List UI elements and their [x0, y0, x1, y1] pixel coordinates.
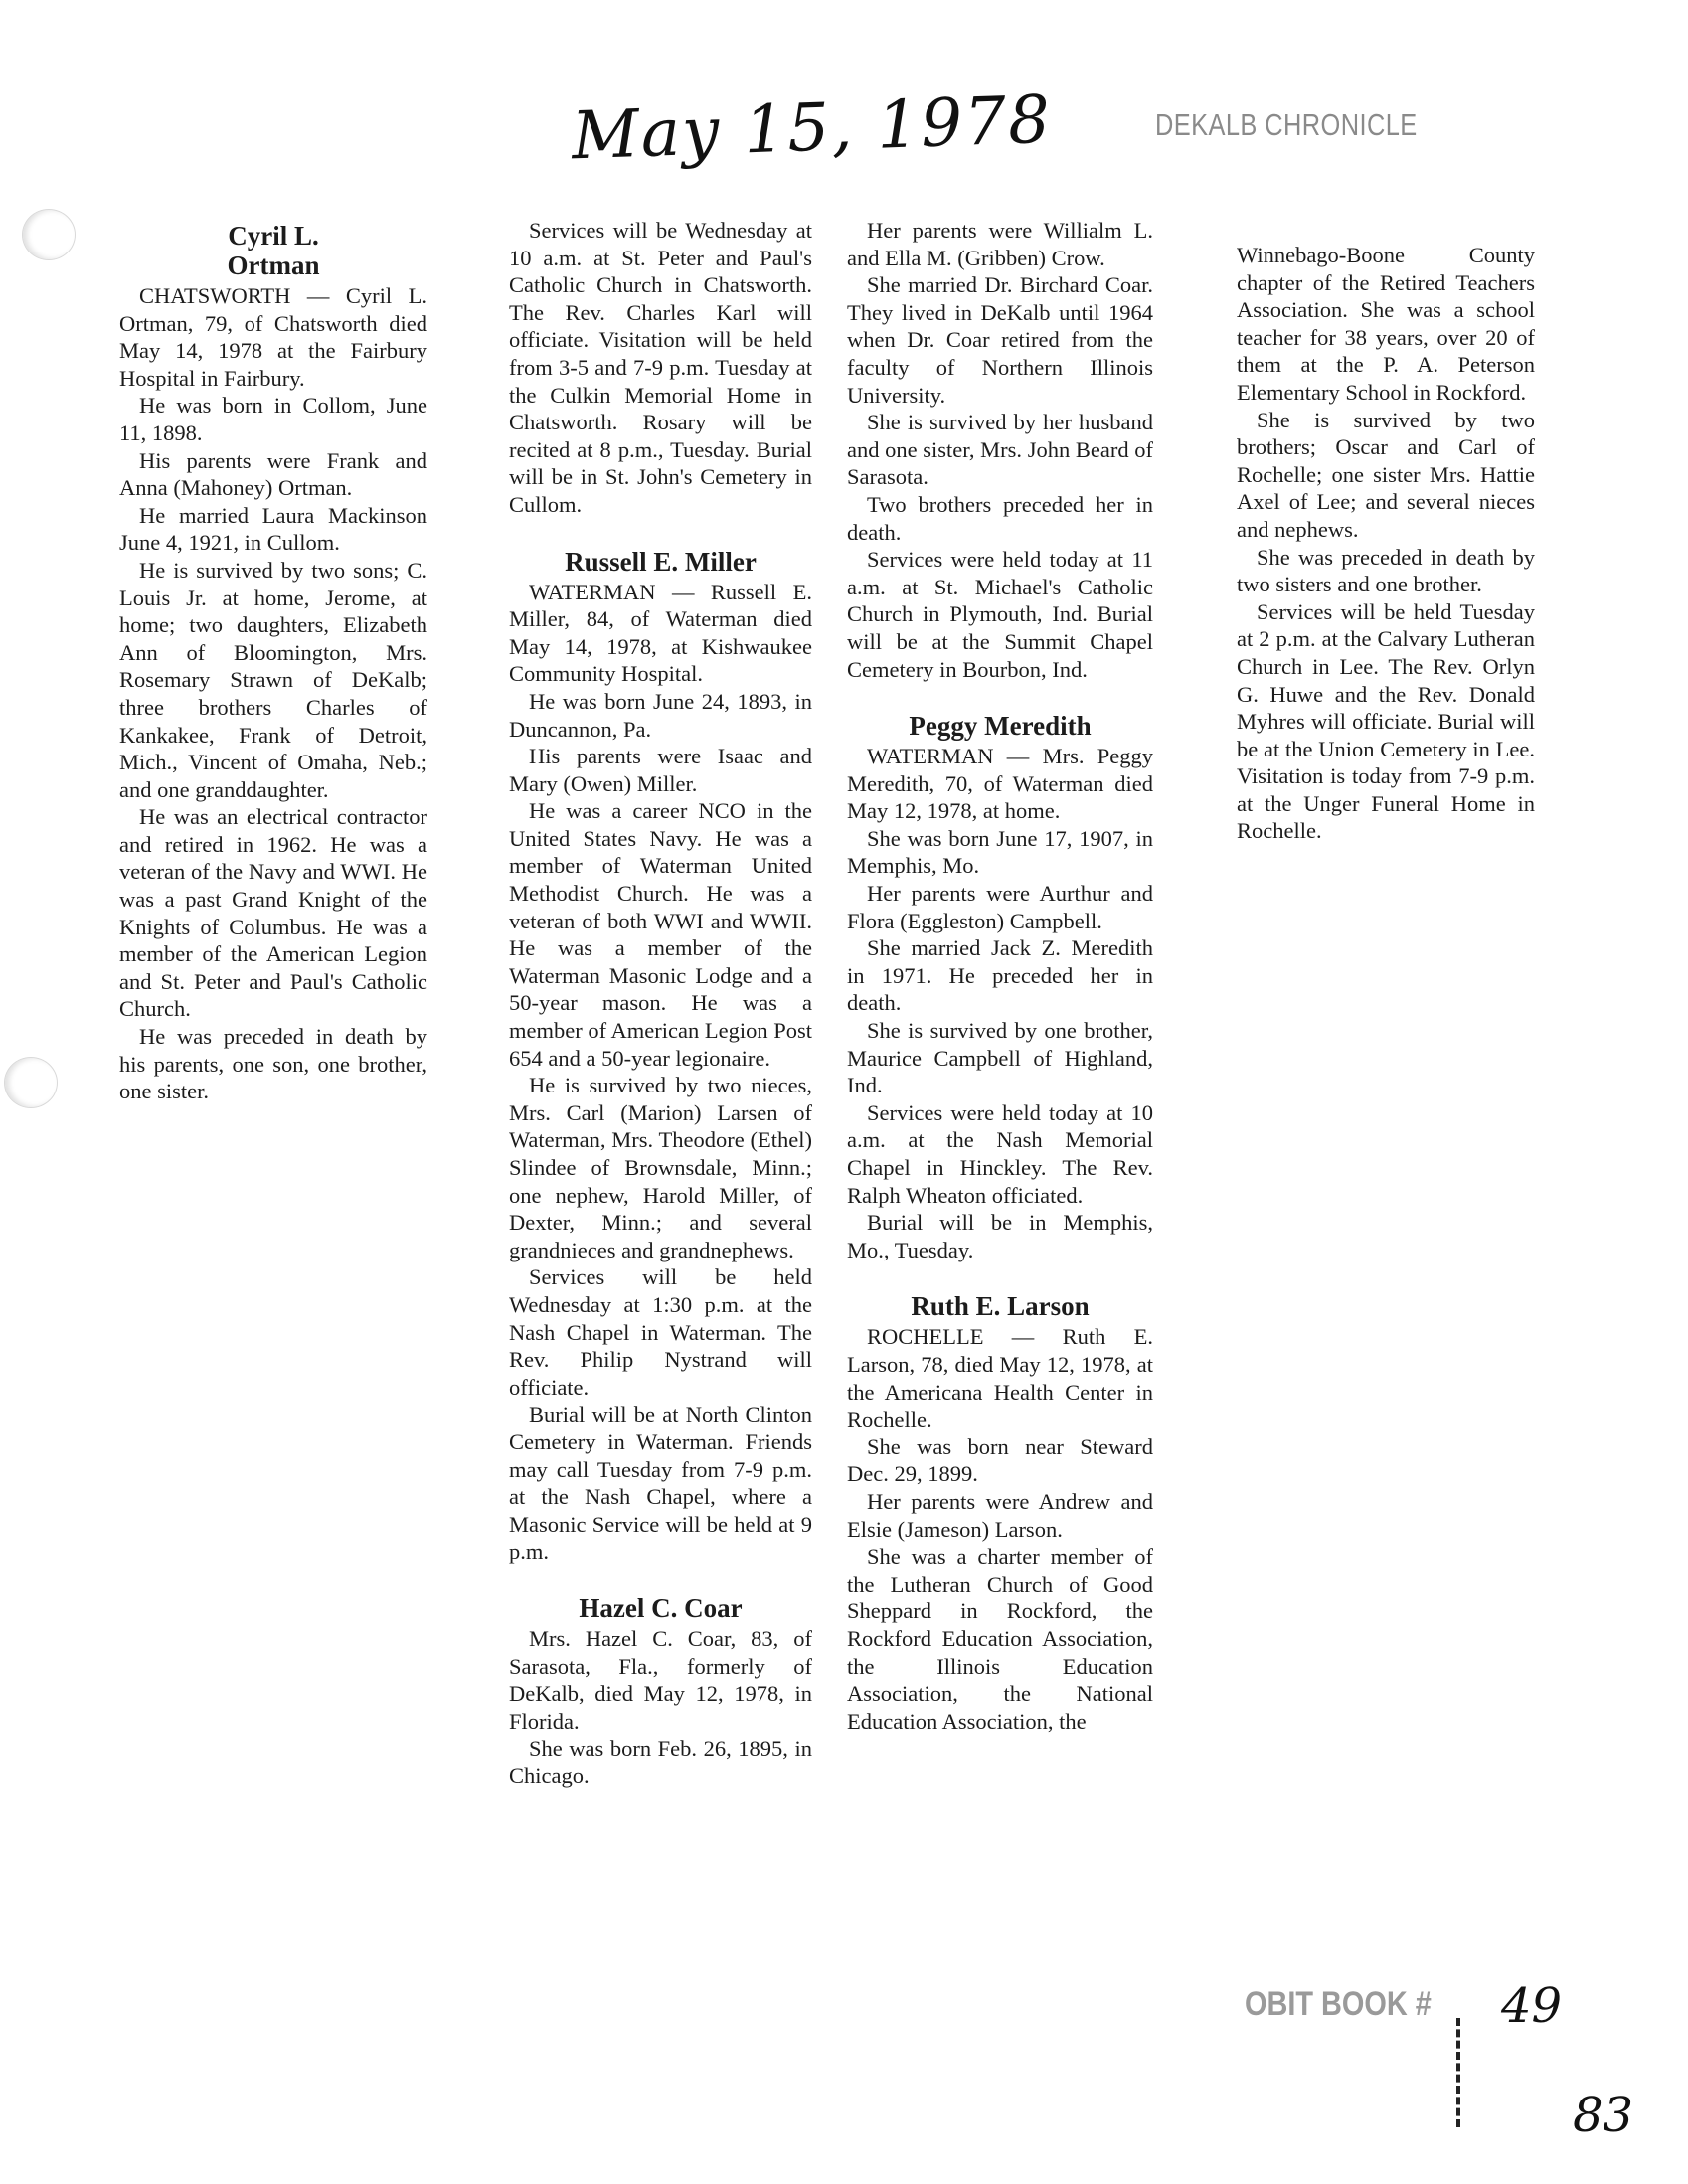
obituary-paragraph: WATERMAN — Mrs. Peggy Meredith, 70, of W…	[847, 743, 1153, 825]
column-4: Winnebago-Boone County chapter of the Re…	[1237, 242, 1535, 845]
obituary-title-meredith: Peggy Meredith	[847, 711, 1153, 741]
obituary-paragraph: Two brothers preceded her in death.	[847, 491, 1153, 546]
obituary-paragraph: Services will be held Tuesday at 2 p.m. …	[1237, 598, 1535, 845]
obituary-paragraph: She was born near Steward Dec. 29, 1899.	[847, 1433, 1153, 1488]
obituary-title-miller: Russell E. Miller	[509, 547, 812, 577]
obituary-paragraph: Her parents were Aurthur and Flora (Eggl…	[847, 880, 1153, 934]
obituary-paragraph: His parents were Frank and Anna (Mahoney…	[119, 447, 427, 502]
obituary-paragraph: She was born June 17, 1907, in Memphis, …	[847, 825, 1153, 880]
obituary-paragraph: She married Dr. Birchard Coar. They live…	[847, 271, 1153, 409]
obituary-name-line: Ortman	[119, 251, 427, 280]
punch-hole	[4, 1057, 58, 1108]
obituary-paragraph: Burial will be in Memphis, Mo., Tuesday.	[847, 1209, 1153, 1263]
punch-hole	[22, 209, 76, 260]
obituary-paragraph: WATERMAN — Russell E. Miller, 84, of Wat…	[509, 579, 812, 688]
obituary-paragraph: Services will be Wednesday at 10 a.m. at…	[509, 217, 812, 519]
obituary-paragraph: He was born June 24, 1893, in Duncannon,…	[509, 688, 812, 743]
page-number: 83	[1573, 2088, 1633, 2143]
obituary-paragraph: His parents were Isaac and Mary (Owen) M…	[509, 743, 812, 797]
column-3: Her parents were Willialm L. and Ella M.…	[847, 217, 1153, 1735]
obituary-paragraph: He was an electrical contractor and reti…	[119, 803, 427, 1023]
obituary-paragraph: She was preceded in death by two sisters…	[1237, 544, 1535, 598]
obituary-paragraph: Winnebago-Boone County chapter of the Re…	[1237, 242, 1535, 407]
handwritten-date: May 15, 1978	[571, 82, 1054, 175]
obituary-paragraph: Mrs. Hazel C. Coar, 83, of Sarasota, Fla…	[509, 1625, 812, 1735]
handwritten-mark	[1456, 2018, 1464, 2127]
obituary-paragraph: He is survived by two nieces, Mrs. Carl …	[509, 1072, 812, 1263]
obituary-paragraph: Services were held today at 11 a.m. at S…	[847, 546, 1153, 683]
publication-stamp: DEKALB CHRONICLE	[1155, 107, 1418, 143]
column-1: Cyril L. Ortman CHATSWORTH — Cyril L. Or…	[119, 221, 427, 1105]
obituary-paragraph: She is survived by her husband and one s…	[847, 409, 1153, 491]
obituary-title-larson: Ruth E. Larson	[847, 1291, 1153, 1321]
obituary-paragraph: She married Jack Z. Meredith in 1971. He…	[847, 934, 1153, 1017]
obituary-paragraph: He was born in Collom, June 11, 1898.	[119, 392, 427, 446]
obituary-paragraph: Services were held today at 10 a.m. at t…	[847, 1099, 1153, 1209]
obit-book-number: 49	[1501, 1978, 1562, 2034]
obituary-paragraph: He was a career NCO in the United States…	[509, 797, 812, 1072]
obituary-paragraph: He married Laura Mackinson June 4, 1921,…	[119, 502, 427, 557]
obituary-paragraph: Burial will be at North Clinton Cemetery…	[509, 1401, 812, 1566]
obituary-title-ortman: Cyril L. Ortman	[119, 221, 427, 280]
column-2: Services will be Wednesday at 10 a.m. at…	[509, 217, 812, 1789]
obituary-paragraph: CHATSWORTH — Cyril L. Ortman, 79, of Cha…	[119, 282, 427, 392]
obituary-paragraph: Her parents were Willialm L. and Ella M.…	[847, 217, 1153, 271]
obituary-title-coar: Hazel C. Coar	[509, 1594, 812, 1623]
obituary-paragraph: Services will be held Wednesday at 1:30 …	[509, 1263, 812, 1401]
obituary-paragraph: She is survived by one brother, Maurice …	[847, 1017, 1153, 1099]
obituary-paragraph: He was preceded in death by his parents,…	[119, 1023, 427, 1105]
obituary-paragraph: She was born Feb. 26, 1895, in Chicago.	[509, 1735, 812, 1789]
obituary-paragraph: Her parents were Andrew and Elsie (James…	[847, 1488, 1153, 1543]
obit-book-stamp: OBIT BOOK #	[1245, 1985, 1432, 2024]
obituary-paragraph: She was a charter member of the Lutheran…	[847, 1543, 1153, 1735]
obituary-paragraph: He is survived by two sons; C. Louis Jr.…	[119, 557, 427, 803]
obituary-paragraph: ROCHELLE — Ruth E. Larson, 78, died May …	[847, 1323, 1153, 1432]
obituary-paragraph: She is survived by two brothers; Oscar a…	[1237, 407, 1535, 544]
obituary-name-line: Cyril L.	[119, 221, 427, 251]
